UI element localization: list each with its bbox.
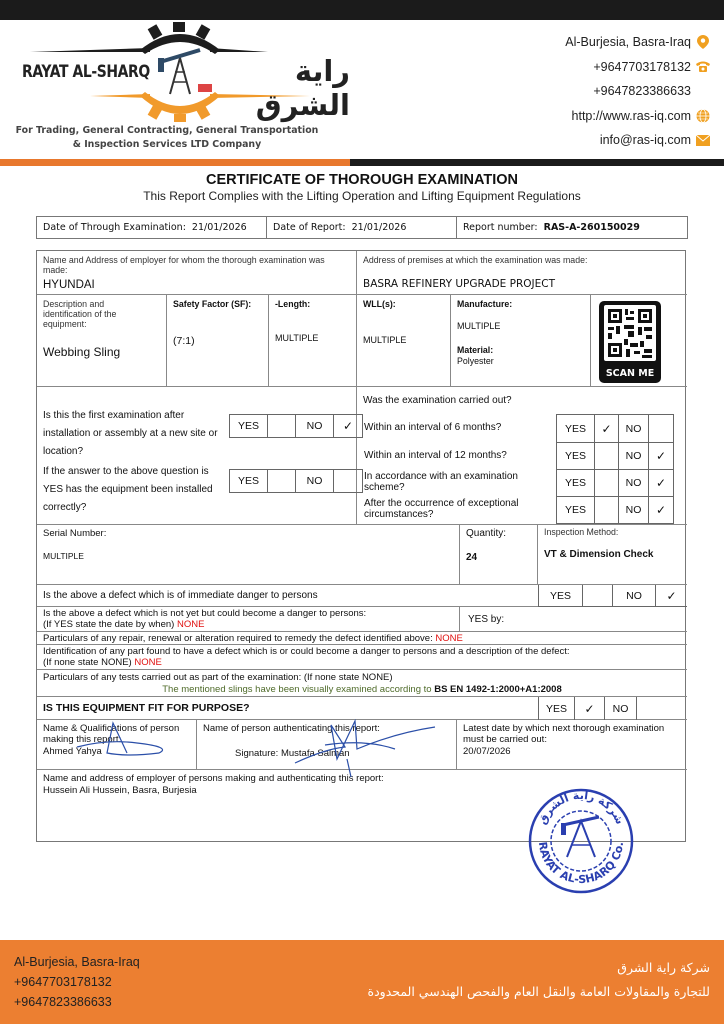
logo-text-en: RAYAT AL-SHARQ — [22, 62, 150, 82]
immediate-danger-yes-checkbox[interactable] — [583, 585, 613, 606]
tests-row: Particulars of any tests carried out as … — [37, 670, 687, 697]
employer-value: HYUNDAI — [43, 279, 95, 291]
footer-address: Al-Burjesia, Basra-Iraq — [14, 952, 140, 972]
top-black-bar — [0, 0, 724, 20]
contact-address: Al-Burjesia, Basra-Iraq — [565, 30, 710, 55]
question-installed-correctly: If the answer to the above question is Y… — [43, 463, 228, 517]
interval-question-list: Within an interval of 6 months? YES ✓ NO… — [358, 414, 687, 524]
telephone-icon — [696, 60, 710, 74]
exam-date-cell: Date of Through Examination: 21/01/2026 — [37, 217, 267, 238]
next-exam-date-cell: Latest date by which next thorough exami… — [457, 720, 687, 770]
location-pin-icon — [696, 35, 710, 49]
footer-phone-1: +9647703178132 — [14, 972, 140, 992]
part-defect-row: Identification of any part found to have… — [37, 645, 687, 670]
logo-text-ar: راية الشرق — [222, 54, 350, 122]
interval-6-yes-checkbox[interactable]: ✓ — [595, 415, 619, 442]
serial-number-cell: Serial Number: MULTIPLE — [37, 525, 460, 585]
inspection-method-cell: Inspection Method: VT & Dimension Check — [538, 525, 687, 585]
safety-factor-cell: Safety Factor (SF): (7:1) — [167, 295, 269, 387]
interval-12-yes-checkbox[interactable] — [595, 443, 619, 469]
scan-me-label: SCAN ME — [599, 368, 661, 379]
date-row: Date of Through Examination: 21/01/2026 … — [36, 216, 688, 239]
premises-value: BASRA REFINERY UPGRADE PROJECT — [363, 278, 555, 290]
signature-maker-icon — [67, 719, 177, 759]
document-title: CERTIFICATE OF THOROUGH EXAMINATION — [0, 172, 724, 188]
envelope-icon — [696, 133, 710, 147]
wll-cell: WLL(s): MULTIPLE — [357, 295, 451, 387]
immediate-danger-no-checkbox[interactable]: ✓ — [656, 585, 687, 606]
contact-info: Al-Burjesia, Basra-Iraq +9647703178132 +… — [565, 30, 710, 153]
employer-of-persons-value: Hussein Ali Hussein, Basra, Burjesia — [43, 785, 197, 796]
signature-authenticator-icon — [265, 719, 445, 779]
tagline-line-2: & Inspection Services LTD Company — [14, 138, 320, 152]
fit-yes-checkbox[interactable]: ✓ — [575, 697, 605, 720]
fit-for-purpose-yes-no: YES ✓ NO — [538, 697, 688, 720]
interval-12-no-checkbox[interactable]: ✓ — [649, 443, 673, 469]
repair-value: NONE — [435, 633, 462, 644]
quantity-value: 24 — [466, 552, 477, 563]
contact-phone-1: +9647703178132 — [565, 55, 710, 80]
tagline-line-1: For Trading, General Contracting, Genera… — [14, 124, 320, 138]
serial-number-value: MULTIPLE — [43, 551, 84, 561]
footer-company-desc-ar: للتجارة والمقاولات العامة والنقل العام و… — [368, 984, 710, 999]
exam-date-value: 21/01/2026 — [192, 222, 247, 233]
document-subtitle: This Report Complies with the Lifting Op… — [0, 189, 724, 203]
contact-email[interactable]: info@ras-iq.com — [565, 128, 710, 153]
inspection-method-value: VT & Dimension Check — [544, 549, 653, 560]
repair-row: Particulars of any repair, renewal or al… — [37, 632, 687, 645]
fit-no-checkbox[interactable] — [637, 697, 688, 720]
equipment-description-cell: Description and identification of the eq… — [37, 295, 167, 387]
part-defect-value: NONE — [134, 657, 161, 668]
length-cell: -Length: MULTIPLE — [269, 295, 357, 387]
question-first-exam: Is this the first examination after inst… — [43, 407, 228, 461]
interval-6-no-checkbox[interactable] — [649, 415, 673, 442]
header-divider-orange — [0, 159, 350, 166]
company-stamp-icon: RAYAT AL-SHARQ Co. شركة راية الشرق — [527, 787, 635, 895]
footer-company-name-ar: شركة راية الشرق — [617, 960, 710, 975]
report-number-cell: Report number: RAS-A-260150029 — [457, 217, 687, 238]
globe-icon — [696, 109, 710, 123]
svg-text:RAYAT AL-SHARQ Co.: RAYAT AL-SHARQ Co. — [536, 841, 626, 886]
exceptional-yes-checkbox[interactable] — [595, 497, 619, 523]
footer-phone-2: +9647823386633 — [14, 992, 140, 1012]
employer-cell: Name and Address of employer for whom th… — [37, 251, 357, 295]
interval-row-scheme: In accordance with an examination scheme… — [358, 469, 687, 496]
qr-code-icon — [604, 305, 656, 361]
length-value: MULTIPLE — [275, 333, 318, 343]
installed-correctly-yes-checkbox[interactable] — [268, 470, 296, 492]
header-divider-black — [350, 159, 724, 166]
yes-by-cell: YES by: — [460, 607, 687, 632]
installed-correctly-yes-no: YES NO — [229, 469, 363, 493]
company-tagline: For Trading, General Contracting, Genera… — [14, 124, 320, 152]
quantity-cell: Quantity: 24 — [460, 525, 538, 585]
report-date-cell: Date of Report: 21/01/2026 — [267, 217, 457, 238]
safety-factor-value: (7:1) — [173, 335, 195, 347]
first-exam-yes-checkbox[interactable] — [268, 415, 296, 437]
interval-heading: Was the examination carried out? — [363, 395, 512, 406]
qr-code[interactable]: SCAN ME — [599, 301, 661, 383]
material-value: Polyester — [457, 356, 494, 366]
interval-row-exceptional: After the occurrence of exceptional circ… — [358, 496, 687, 524]
examination-form: Name and Address of employer for whom th… — [36, 250, 686, 842]
manufacture-value: MULTIPLE — [457, 321, 500, 331]
contact-phone-2: +9647823386633 — [565, 79, 710, 104]
footer: Al-Burjesia, Basra-Iraq +9647703178132 +… — [0, 940, 724, 1024]
footer-contact: Al-Burjesia, Basra-Iraq +9647703178132 +… — [14, 952, 140, 1012]
report-number-value: RAS-A-260150029 — [544, 222, 640, 233]
future-danger-cell: Is the above a defect which is not yet b… — [37, 607, 460, 632]
manufacture-cell: Manufacture: MULTIPLE Material: Polyeste… — [451, 295, 591, 387]
exceptional-no-checkbox[interactable]: ✓ — [649, 497, 673, 523]
scheme-no-checkbox[interactable]: ✓ — [649, 470, 673, 496]
scheme-yes-checkbox[interactable] — [595, 470, 619, 496]
wll-value: MULTIPLE — [363, 335, 406, 345]
report-date-value: 21/01/2026 — [352, 222, 407, 233]
equipment-description-value: Webbing Sling — [43, 345, 120, 359]
first-exam-yes-no: YES NO ✓ — [229, 414, 363, 438]
interval-row-12-months: Within an interval of 12 months? YES NO … — [358, 442, 687, 469]
installation-questions-cell: Is this the first examination after inst… — [37, 387, 357, 525]
company-logo: RAYAT AL-SHARQ راية الشرق — [10, 22, 350, 120]
next-exam-date-value: 20/07/2026 — [463, 746, 511, 757]
test-standard: BS EN 1492-1:2000+A1:2008 — [434, 684, 562, 695]
interval-row-6-months: Within an interval of 6 months? YES ✓ NO — [358, 414, 687, 442]
premises-cell: Address of premises at which the examina… — [357, 251, 687, 295]
immediate-danger-yes-no: YES NO ✓ — [538, 585, 687, 607]
contact-website[interactable]: http://www.ras-iq.com — [565, 104, 710, 129]
future-danger-value: NONE — [177, 619, 204, 630]
